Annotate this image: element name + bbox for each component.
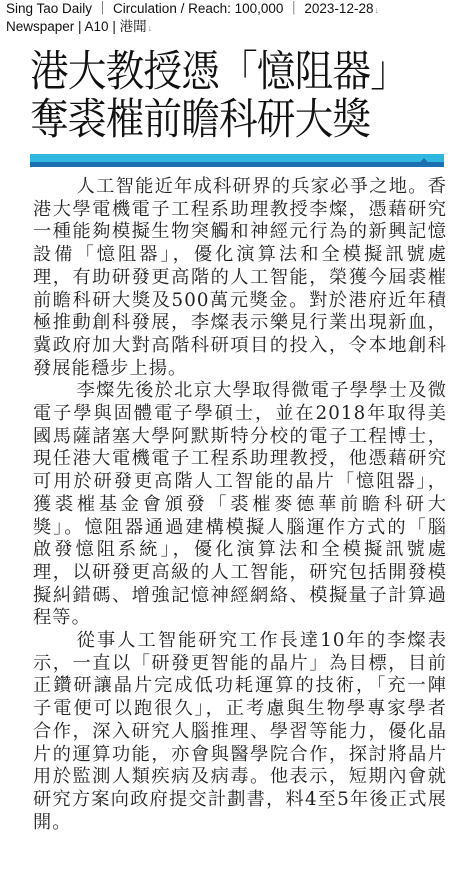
headline-divider-bar	[30, 154, 444, 167]
headline: 港大教授憑「憶阻器」 奪裘槯前瞻科研大獎	[30, 48, 450, 144]
divider-chevron-icon	[416, 154, 432, 167]
headline-line-2: 奪裘槯前瞻科研大獎	[30, 96, 408, 144]
divider-light-band	[30, 154, 444, 162]
metadata-source-text: Sing Tao Daily ｜ Circulation / Reach: 10…	[6, 1, 373, 16]
article-paragraph-2: 李燦先後於北京大學取得微電子學學士及微電子學與固體電子學碩士，並在2018年取得…	[33, 380, 447, 630]
clipping-metadata: Sing Tao Daily ｜ Circulation / Reach: 10…	[6, 0, 379, 36]
divider-dark-band	[30, 162, 444, 167]
metadata-section-text: Newspaper | A10 | 港聞	[6, 19, 147, 34]
headline-line-1: 港大教授憑「憶阻器」	[30, 48, 408, 96]
article-paragraph-1: 人工智能近年成科研界的兵家必爭之地。香港大學電機電子工程系助理教授李燦，憑藉研究…	[33, 176, 447, 380]
article-body: 人工智能近年成科研界的兵家必爭之地。香港大學電機電子工程系助理教授李燦，憑藉研究…	[33, 176, 447, 834]
metadata-line-2: Newspaper | A10 | 港聞↓	[6, 18, 379, 36]
line-break-marker-icon: ↓	[148, 23, 153, 33]
metadata-line-1: Sing Tao Daily ｜ Circulation / Reach: 10…	[6, 0, 379, 18]
article-paragraph-3: 從事人工智能研究工作長達10年的李燦表示，一直以「研發更智能的晶片」為目標，目前…	[33, 630, 447, 834]
line-break-marker-icon: ↓	[374, 5, 379, 15]
